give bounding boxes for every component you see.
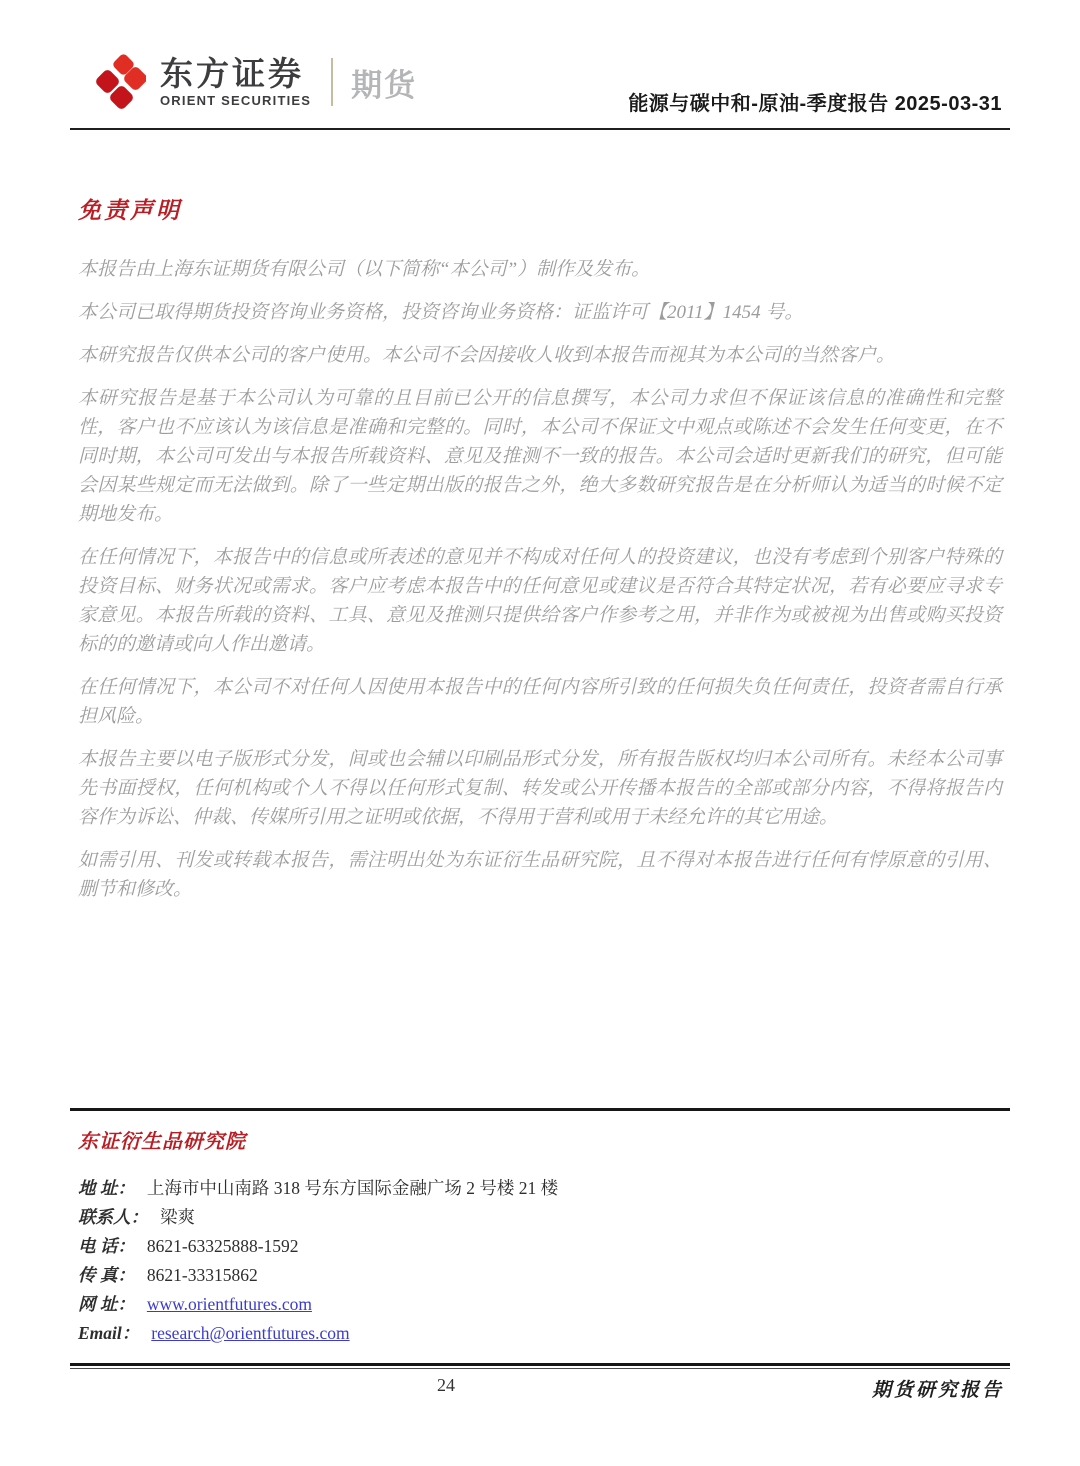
contact-list: 地 址：上海市中山南路 318 号东方国际金融广场 2 号楼 21 楼 联系人：… [78, 1174, 1010, 1348]
logo-futures-label: 期货 [351, 60, 417, 105]
contact-row-address: 地 址：上海市中山南路 318 号东方国际金融广场 2 号楼 21 楼 [78, 1174, 1010, 1203]
disclaimer-paragraph: 如需引用、刊发或转载本报告，需注明出处为东证衍生品研究院，且不得对本报告进行任何… [78, 846, 1002, 904]
contact-row-contact-person: 联系人：梁爽 [78, 1203, 1010, 1232]
page-header: 东方证券 ORIENT SECURITIES 期货 能源与碳中和-原油-季度报告… [70, 0, 1010, 130]
disclaimer-paragraph: 本报告主要以电子版形式分发，间或也会辅以印刷品形式分发，所有报告版权均归本公司所… [78, 745, 1002, 832]
logo-en-text: ORIENT SECURITIES [160, 94, 311, 107]
contact-row-website: 网 址：www.orientfutures.com [78, 1290, 1010, 1319]
logo-wordmark: 东方证券 ORIENT SECURITIES [160, 57, 311, 107]
contact-row-fax: 传 真：8621-33315862 [78, 1261, 1010, 1290]
contact-row-email: Email：research@orientfutures.com [78, 1319, 1010, 1348]
contact-label: 地 址： [78, 1178, 135, 1198]
contact-label: 网 址： [78, 1294, 135, 1314]
disclaimer-paragraph: 本公司已取得期货投资咨询业务资格，投资咨询业务资格：证监许可【2011】1454… [78, 298, 1002, 327]
page-number: 24 [437, 1375, 455, 1396]
report-page: 东方证券 ORIENT SECURITIES 期货 能源与碳中和-原油-季度报告… [0, 0, 1080, 1466]
contact-value: 上海市中山南路 318 号东方国际金融广场 2 号楼 21 楼 [147, 1178, 558, 1198]
logo-cn-text: 东方证券 [160, 57, 311, 90]
disclaimer-paragraph: 在任何情况下，本公司不对任何人因使用本报告中的任何内容所引致的任何损失负任何责任… [78, 673, 1002, 731]
page-footer: 24 期货研究报告 [70, 1363, 1010, 1403]
logo-divider [331, 58, 333, 106]
contact-value: 8621-63325888-1592 [147, 1236, 299, 1256]
contact-label: 传 真： [78, 1265, 135, 1285]
contact-label: 联系人： [78, 1207, 148, 1227]
disclaimer-section: 免责声明 本报告由上海东证期货有限公司（以下简称“本公司”）制作及发布。 本公司… [78, 192, 1002, 918]
footer-report-type-label: 期货研究报告 [872, 1375, 1004, 1402]
orient-securities-logo-icon [96, 52, 146, 112]
footer-row: 24 期货研究报告 [70, 1369, 1010, 1401]
contact-value: 8621-33315862 [147, 1265, 258, 1285]
report-title: 能源与碳中和-原油-季度报告 2025-03-31 [628, 87, 1002, 116]
contact-row-phone: 电 话：8621-63325888-1592 [78, 1232, 1010, 1261]
contact-label: Email： [78, 1323, 139, 1343]
disclaimer-paragraph: 在任何情况下，本报告中的信息或所表述的意见并不构成对任何人的投资建议，也没有考虑… [78, 543, 1002, 659]
disclaimer-paragraph: 本报告由上海东证期货有限公司（以下简称“本公司”）制作及发布。 [78, 255, 1002, 284]
website-link[interactable]: www.orientfutures.com [147, 1294, 312, 1314]
institute-section: 东证衍生品研究院 地 址：上海市中山南路 318 号东方国际金融广场 2 号楼 … [70, 1108, 1010, 1348]
disclaimer-paragraph: 本研究报告是基于本公司认为可靠的且目前已公开的信息撰写，本公司力求但不保证该信息… [78, 384, 1002, 529]
disclaimer-title: 免责声明 [78, 192, 1002, 225]
brand-logo: 东方证券 ORIENT SECURITIES 期货 [96, 52, 417, 112]
contact-label: 电 话： [78, 1236, 135, 1256]
email-link[interactable]: research@orientfutures.com [151, 1323, 349, 1343]
institute-title: 东证衍生品研究院 [78, 1125, 1010, 1154]
disclaimer-paragraph: 本研究报告仅供本公司的客户使用。本公司不会因接收人收到本报告而视其为本公司的当然… [78, 341, 1002, 370]
contact-value: 梁爽 [160, 1207, 195, 1227]
